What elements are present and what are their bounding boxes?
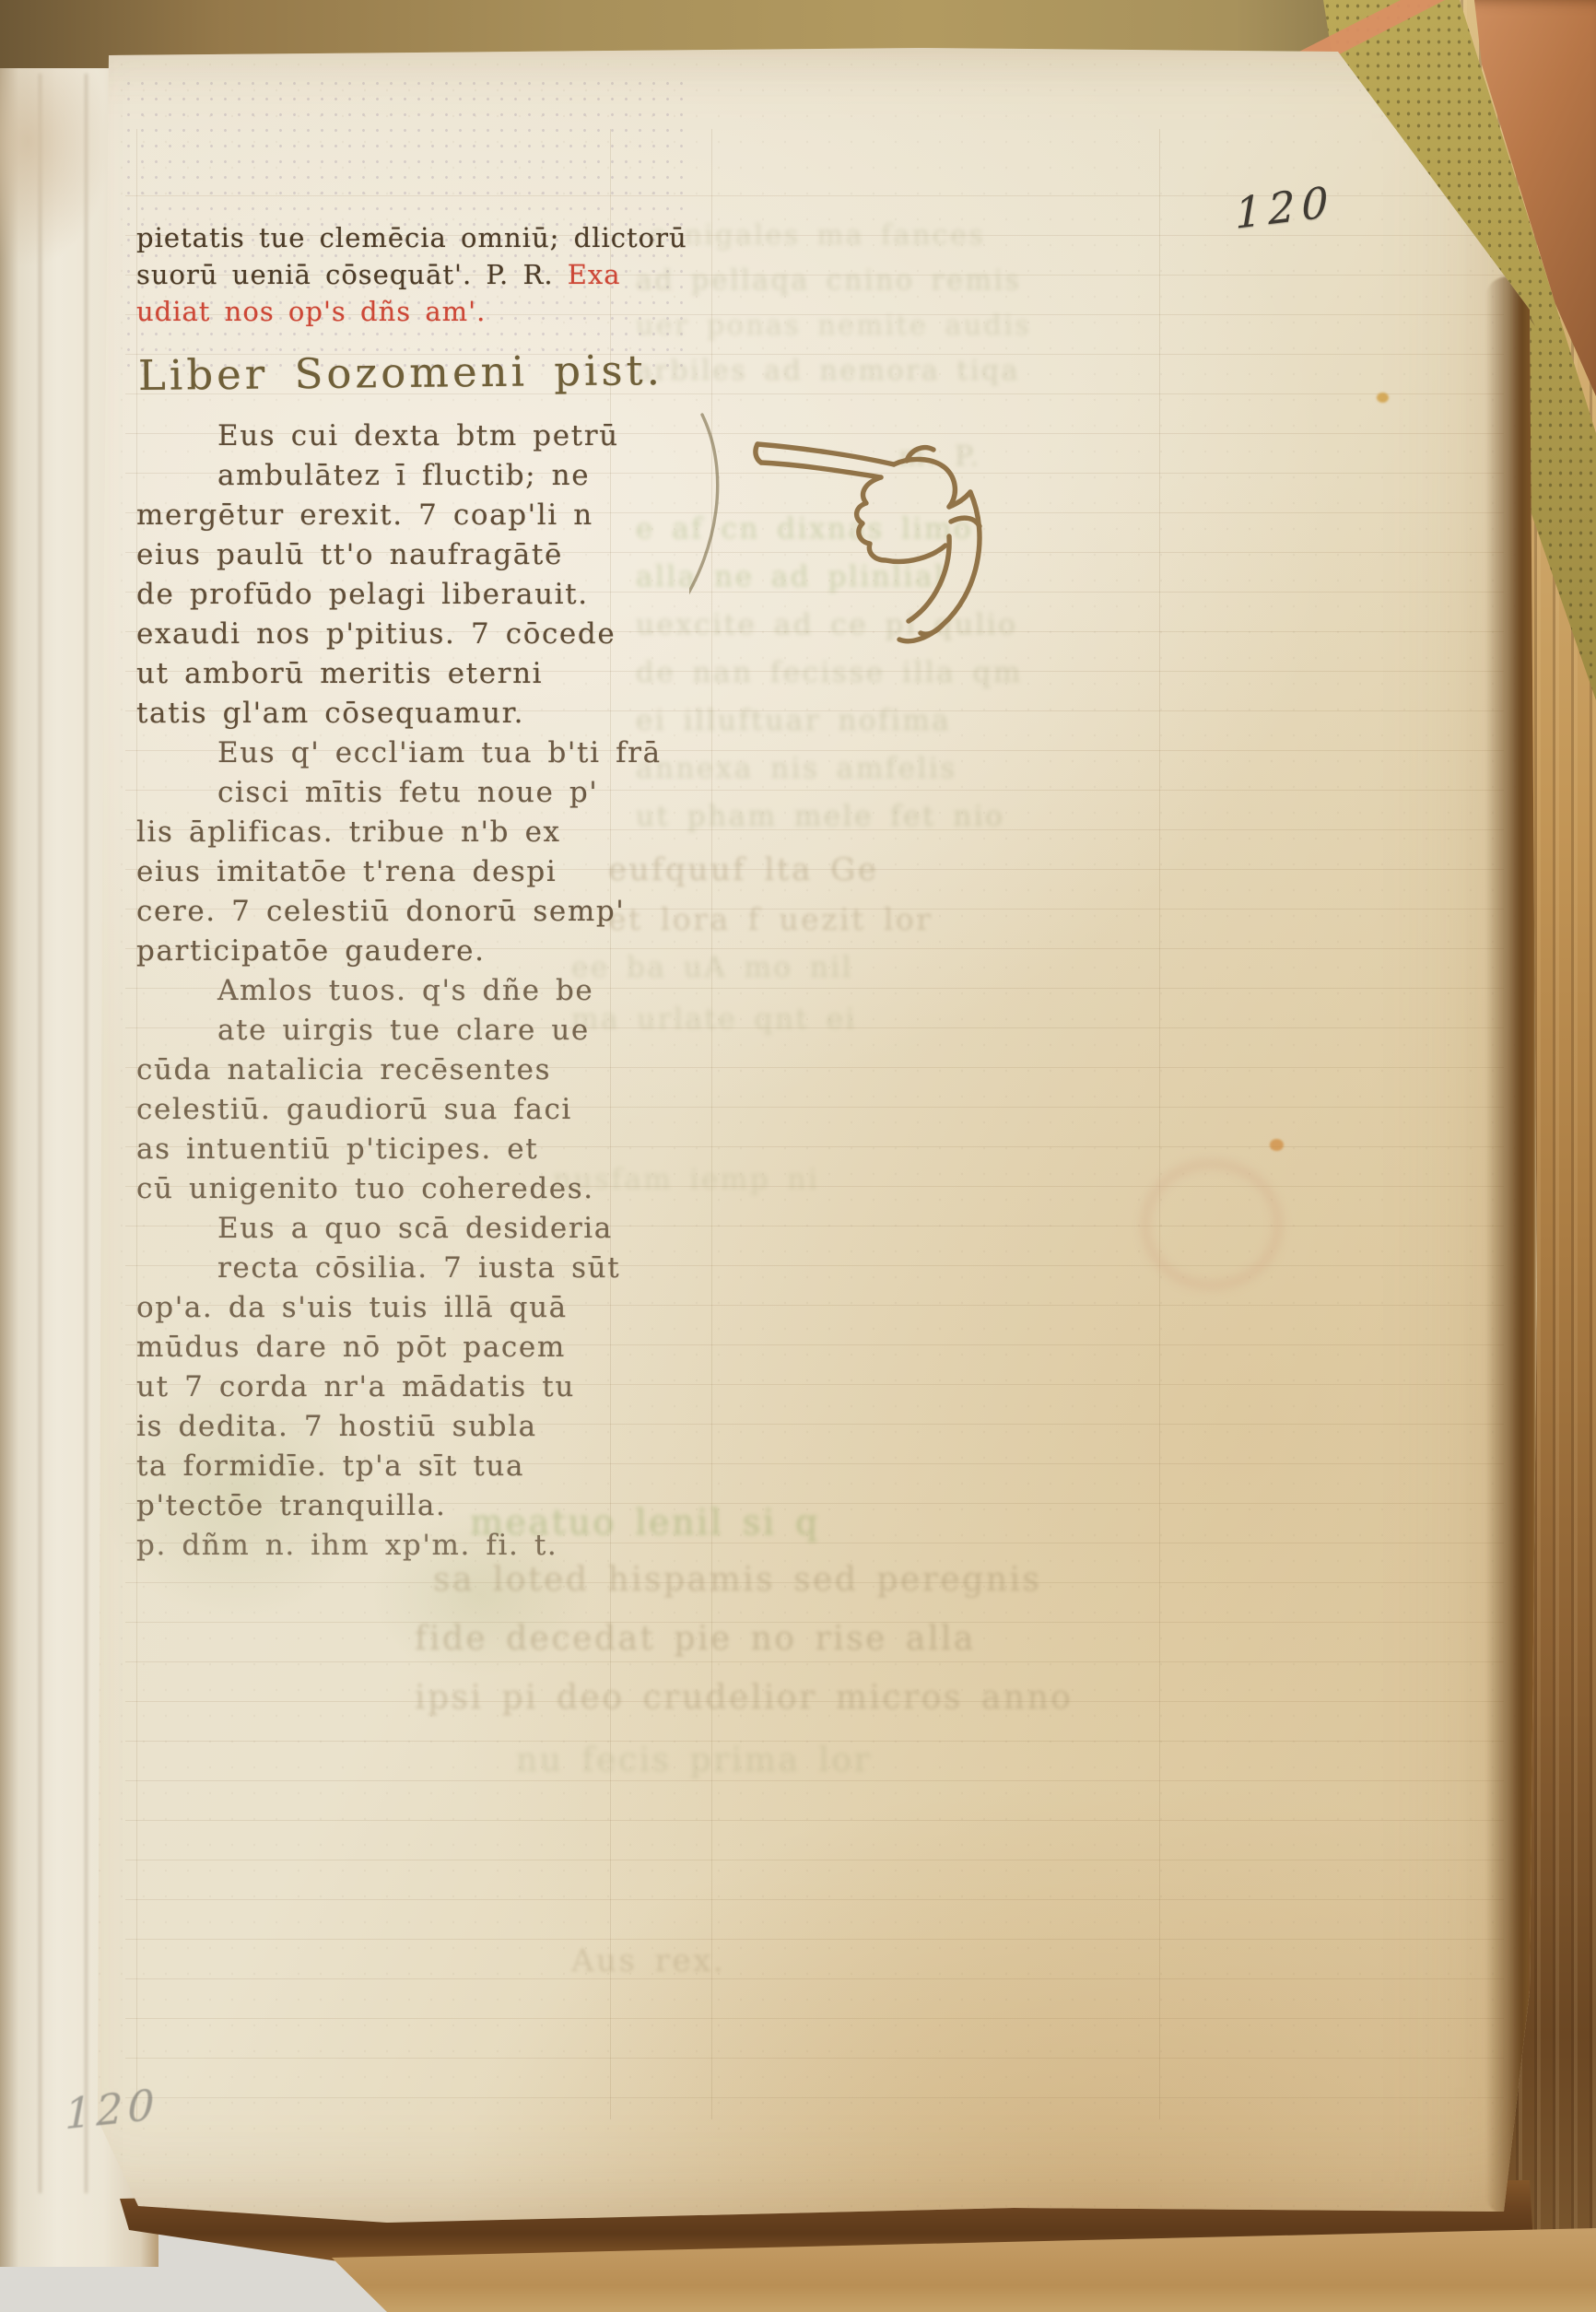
text-line: cūda natalicia recēsentes — [136, 1050, 634, 1090]
show-through-line: uer ponas nemite audis — [636, 310, 1031, 342]
text-line: is dedita. 7 hostiū subla — [136, 1407, 634, 1447]
show-through-line: annexa nis amfelis — [636, 752, 957, 785]
text-line: Eus q' eccl'iam tua b'ti frā — [136, 734, 634, 773]
show-through-line: et lora f uezit lor — [608, 901, 933, 937]
text-line: cisci mītis fetu noue p' — [136, 773, 634, 813]
collect-paragraph: p. dñm n. ihm xp'm. fi. t. — [136, 1526, 634, 1566]
show-through-line: sa loted hispamis sed peregnis — [433, 1561, 1041, 1599]
text-line: mergētur erexit. 7 coap'li n — [136, 496, 634, 535]
ruling-line — [125, 1860, 1504, 1860]
text-line: suorū ueniā cōsequāt'. P. R. Exa — [136, 256, 652, 293]
rubric-line: udiat nos op's dñs am'. — [136, 293, 652, 330]
main-text-column: Eus cui dexta btm petrūambulātez ī fluct… — [136, 417, 634, 1566]
text-line: eius imitatōe t'rena despi — [136, 852, 634, 892]
collect-paragraph: Eus cui dexta btm petrūambulātez ī fluct… — [136, 417, 634, 734]
show-through-line: fide decedat pie no rise alla — [415, 1620, 976, 1658]
text-line: op'a. da s'uis tuis illā quā — [136, 1288, 634, 1328]
text-line: tatis gl'am cōsequamur. — [136, 694, 634, 734]
show-through-line: ipsi pi deo crudelior micros anno — [415, 1679, 1073, 1717]
text-line: cū unigenito tuo coheredes. — [136, 1169, 634, 1209]
text-line: cere. 7 celestiū donorū semp' — [136, 892, 634, 932]
collect-paragraph: Eus a quo scā desideriarecta cōsilia. 7 … — [136, 1209, 634, 1526]
ruling-line — [125, 1780, 1504, 1781]
previous-collect-end: pietatis tue clemēcia omniū; dlictorū su… — [136, 219, 652, 330]
ownership-inscription: Liber Sozomeni pist. — [138, 346, 663, 400]
text-line: Amlos tuos. q's dñe be — [136, 971, 634, 1011]
ruling-line — [125, 1820, 1504, 1821]
ruling-line — [125, 2058, 1504, 2059]
ruling-line — [125, 1899, 1504, 1900]
show-through-line: Aus rex. — [571, 1942, 725, 1979]
text-line: participatōe gaudere. — [136, 932, 634, 971]
text-line: recta cōsilia. 7 iusta sūt — [136, 1249, 634, 1288]
ruling-line — [125, 1661, 1504, 1662]
show-through-line: nu fecis prima lor — [516, 1742, 872, 1779]
manuscript-page: c nigales ma fancesad pellaqa cnino remi… — [0, 0, 1596, 2312]
ruling-line — [125, 2097, 1504, 2098]
ruling-line — [125, 1939, 1504, 1940]
text-line: pietatis tue clemēcia omniū; dlictorū — [136, 219, 652, 256]
collect-paragraph: Amlos tuos. q's dñe beate uirgis tue cla… — [136, 971, 634, 1209]
text-line: Eus cui dexta btm petrū — [136, 417, 634, 456]
show-through-line: ut pham mele fet nio — [636, 800, 1004, 833]
text-line: Eus a quo scā desideria — [136, 1209, 634, 1249]
show-through-line: ad pellaqa cnino remis — [636, 264, 1021, 297]
page-fore-edge-shadow — [1485, 276, 1535, 2215]
show-through-line: ei illuftuar nofima — [636, 704, 951, 737]
text-line: p. dñm n. ihm xp'm. fi. t. — [136, 1526, 634, 1566]
ring-stain — [1141, 1159, 1283, 1290]
text-line: eius paulū tt'o naufragātē — [136, 535, 634, 575]
text-line: de profūdo pelagi liberauit. — [136, 575, 634, 615]
show-through-line: de nan fecisse illa qm — [636, 656, 1023, 689]
text-line: exaudi nos p'pitius. 7 cōcede — [136, 615, 634, 654]
folio-number-pencil: 120 — [65, 2079, 158, 2139]
show-through-line: c nigales ma fances — [650, 219, 985, 252]
red-catchword: Exa — [568, 259, 621, 290]
text-line: ate uirgis tue clare ue — [136, 1011, 634, 1050]
ruling-line — [125, 1978, 1504, 1979]
ink-speck — [1270, 1139, 1284, 1151]
text-line: ambulātez ī fluctib; ne — [136, 456, 634, 496]
ink-speck — [1377, 393, 1389, 403]
show-through-line: eufquuf lta Ge — [608, 851, 878, 888]
text-line: lis āplificas. tribue n'b ex — [136, 813, 634, 852]
manuscript-photo: { "page": { "folio_number_ink": "120", "… — [0, 0, 1596, 2312]
text-line: mūdus dare nō pōt pacem — [136, 1328, 634, 1367]
text-line-part: suorū ueniā cōsequāt'. P. R. — [136, 259, 554, 290]
ruling-line — [1159, 129, 1160, 2119]
ruling-line — [125, 2018, 1504, 2019]
text-line: as intuentiū p'ticipes. et — [136, 1130, 634, 1169]
text-line: ta formidīe. tp'a sīt tua — [136, 1447, 634, 1486]
text-line: p'tectōe tranquilla. — [136, 1486, 634, 1526]
page-crease — [39, 74, 41, 2193]
page-crease — [85, 74, 88, 2193]
text-line: ut 7 corda nr'a mādatis tu — [136, 1367, 634, 1407]
text-line: celestiū. gaudiorū sua faci — [136, 1090, 634, 1130]
manicule-icon — [752, 374, 1004, 651]
collect-paragraph: Eus q' eccl'iam tua b'ti frācisci mītis … — [136, 734, 634, 971]
text-line: ut amborū meritis eterni — [136, 654, 634, 694]
